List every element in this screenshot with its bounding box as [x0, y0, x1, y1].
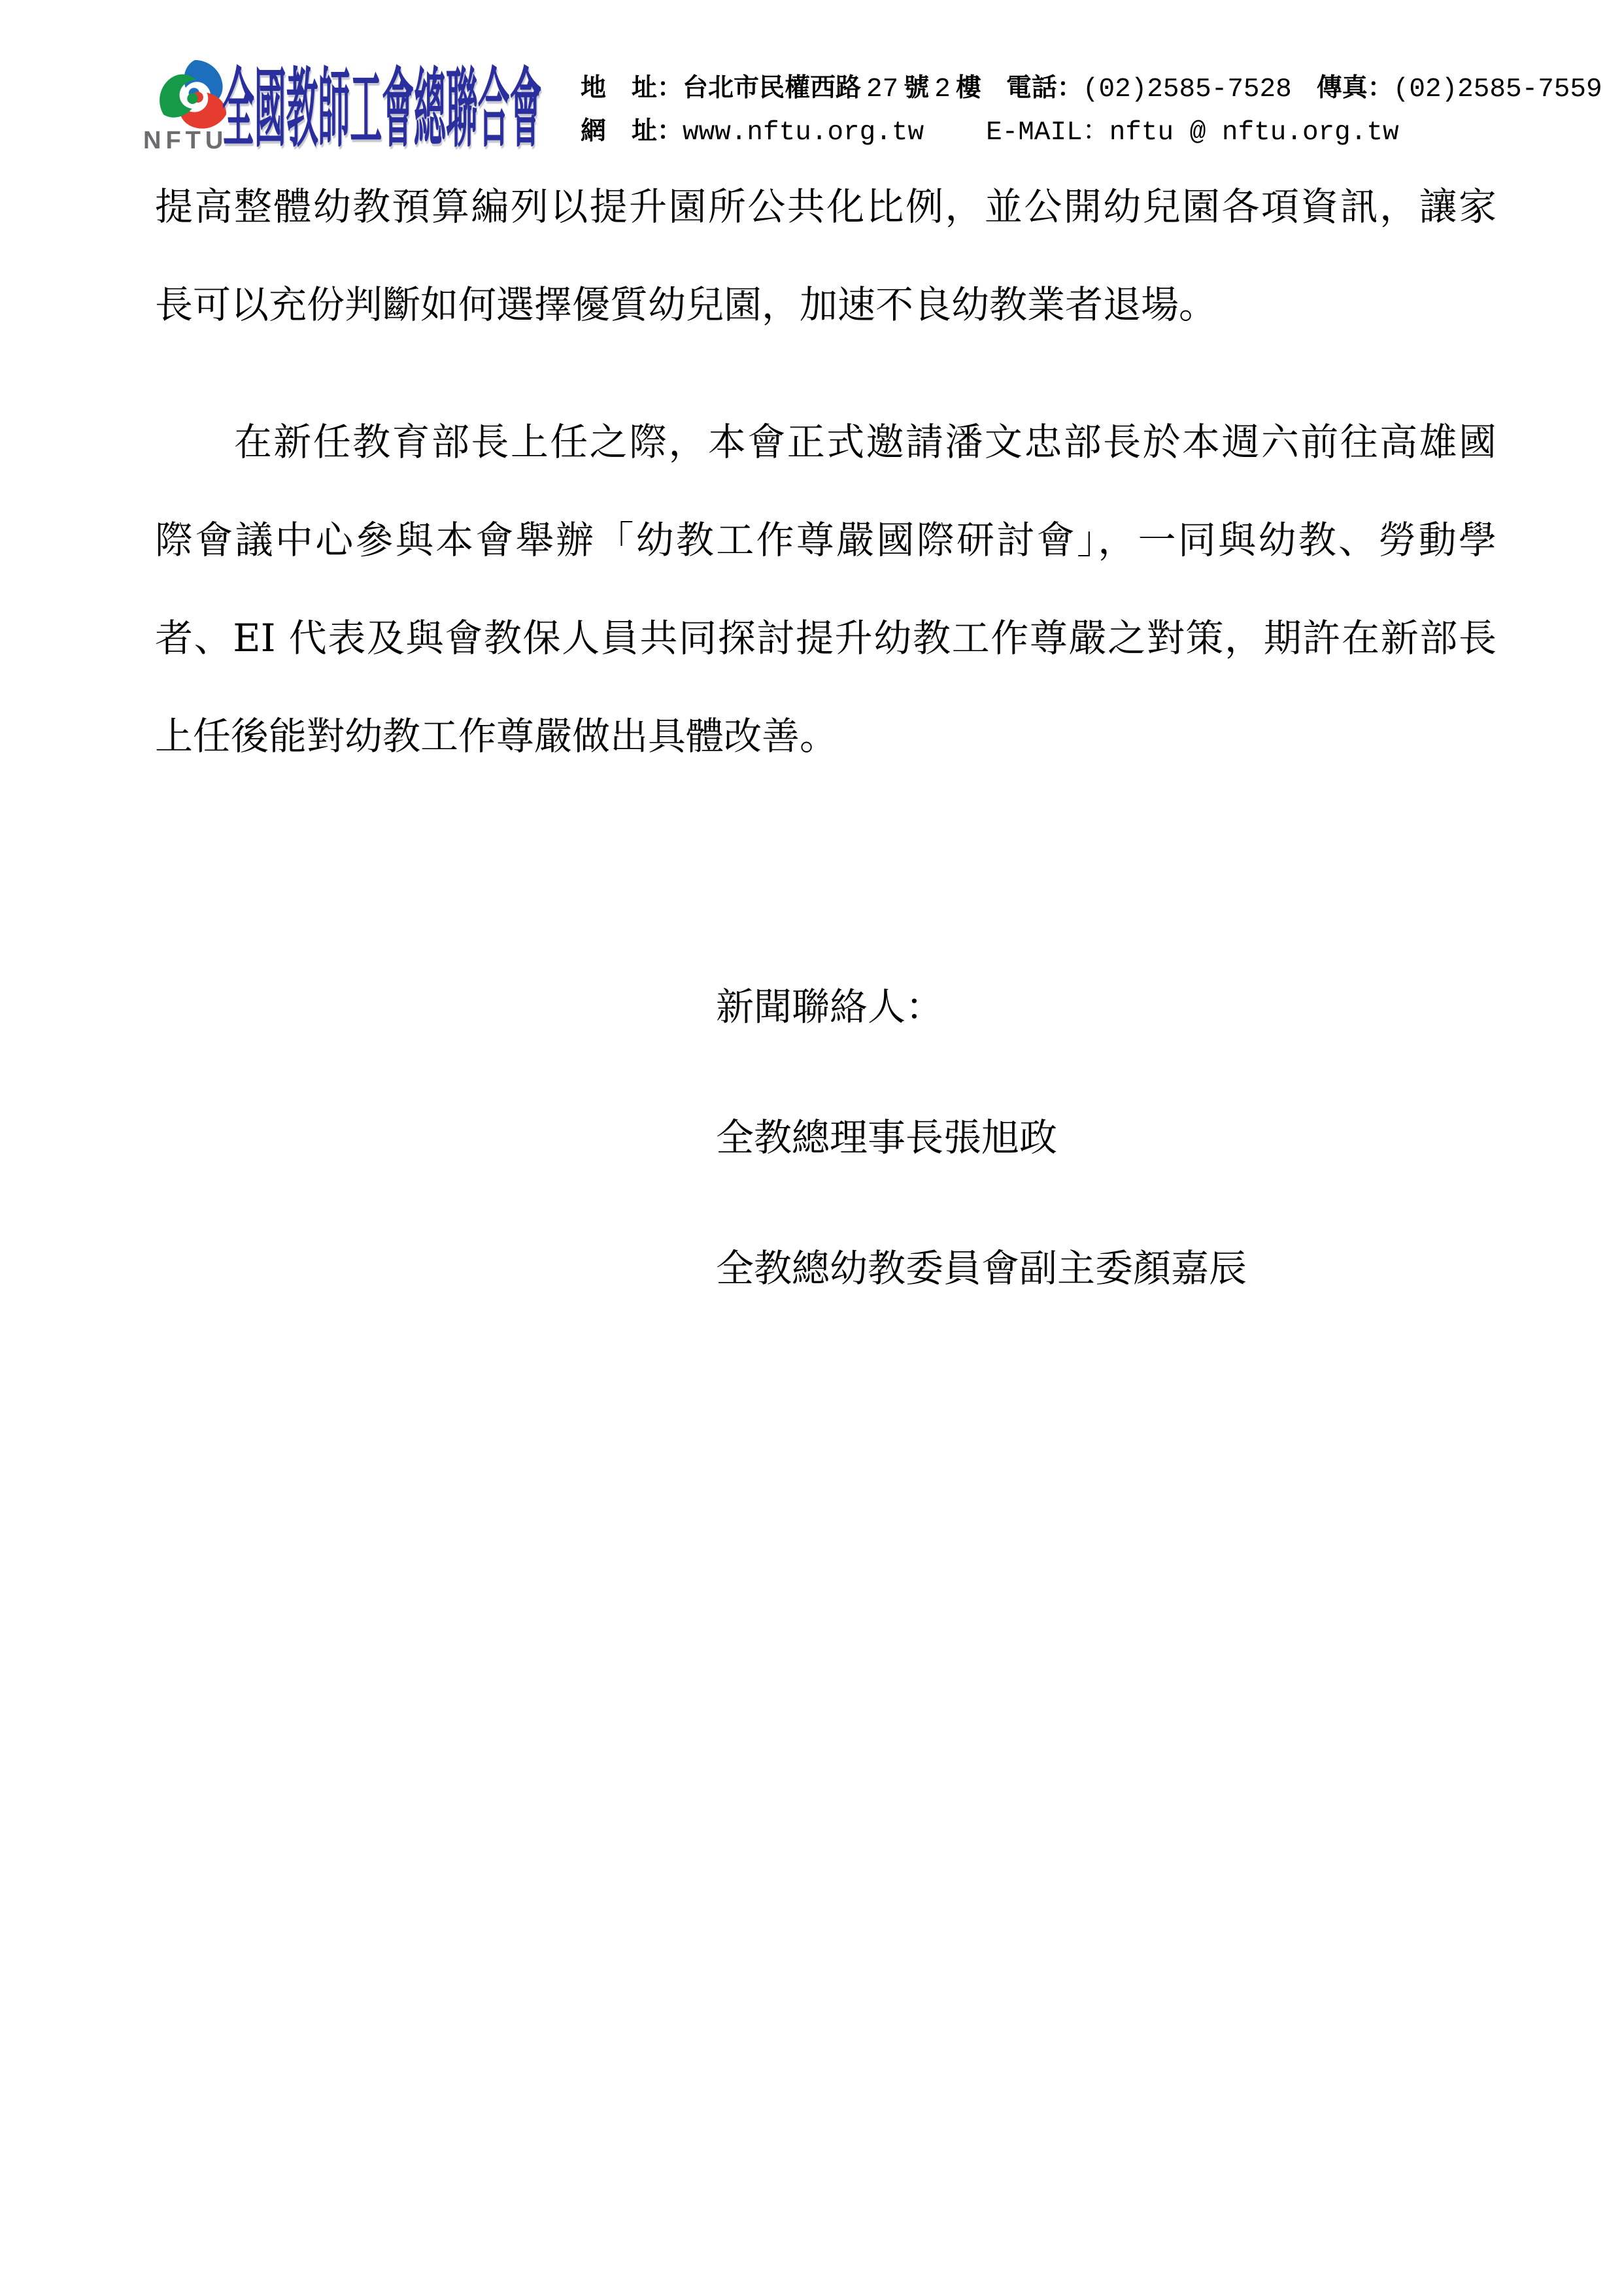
press-contact-person-1: 全教總理事長張旭政 — [716, 1072, 1247, 1203]
fax-number: (02)2585-7559 — [1393, 75, 1602, 105]
body-line: 際會議中心參與本會舉辦「幼教工作尊嚴國際研討會」，一同與幼教、勞動學 — [155, 491, 1497, 589]
email-address: nftu @ nftu.org.tw — [1109, 118, 1399, 148]
document-page: NFTU 全國教師工會總聯合會 地 址：台北市民權西路27號2樓電話：(02)2… — [0, 0, 1624, 2294]
body-line: 提高整體幼教預算編列以提升園所公共化比例，並公開幼兒園各項資訊，讓家 — [155, 158, 1497, 256]
press-release-body: 提高整體幼教預算編列以提升園所公共化比例，並公開幼兒園各項資訊，讓家 長可以充份… — [155, 158, 1497, 785]
press-contact-person-2: 全教總幼教委員會副主委顏嘉辰 — [716, 1203, 1247, 1334]
contact-line-address-phone-fax: 地 址：台北市民權西路27號2樓電話：(02)2585-7528傳真：(02)2… — [581, 73, 1602, 116]
paragraph-1: 提高整體幼教預算編列以提升園所公共化比例，並公開幼兒園各項資訊，讓家 長可以充份… — [155, 158, 1497, 354]
press-contact-block: 新聞聯絡人： 全教總理事長張旭政 全教總幼教委員會副主委顏嘉辰 — [716, 941, 1247, 1334]
fax-label: 傳真： — [1317, 73, 1393, 103]
press-contact-heading: 新聞聯絡人： — [716, 941, 1247, 1072]
logo-org-name: 全國教師工會總聯合會 — [222, 64, 541, 155]
address-floor-number: 2 — [934, 75, 951, 105]
letterhead-contact: 地 址：台北市民權西路27號2樓電話：(02)2585-7528傳真：(02)2… — [581, 73, 1602, 160]
body-line: 在新任教育部長上任之際，本會正式邀請潘文忠部長於本週六前往高雄國 — [155, 393, 1497, 491]
phone-label: 電話： — [1006, 73, 1083, 103]
contact-line-web-email: 網 址：www.nftu.org.twE-MAIL：nftu @ nftu.or… — [581, 116, 1602, 160]
body-line: 長可以充份判斷如何選擇優質幼兒園，加速不良幼教業者退場。 — [155, 256, 1497, 354]
address-label: 地 址：台北市民權西路 — [581, 73, 861, 103]
email-label: E-MAIL： — [986, 118, 1109, 148]
phone-number: (02)2585-7528 — [1083, 75, 1292, 105]
paragraph-2: 在新任教育部長上任之際，本會正式邀請潘文忠部長於本週六前往高雄國 際會議中心參與… — [155, 393, 1497, 785]
address-number: 27 — [866, 75, 898, 105]
logo-acronym: NFTU — [143, 127, 228, 155]
website-url: www.nftu.org.tw — [683, 118, 924, 148]
body-line: 上任後能對幼教工作尊嚴做出具體改善。 — [155, 687, 1497, 785]
website-label: 網 址： — [581, 116, 683, 146]
address-floor-unit: 樓 — [956, 73, 981, 103]
address-number-unit: 號 — [904, 73, 929, 103]
body-line: 者、EI 代表及與會教保人員共同探討提升幼教工作尊嚴之對策，期許在新部長 — [155, 589, 1497, 687]
